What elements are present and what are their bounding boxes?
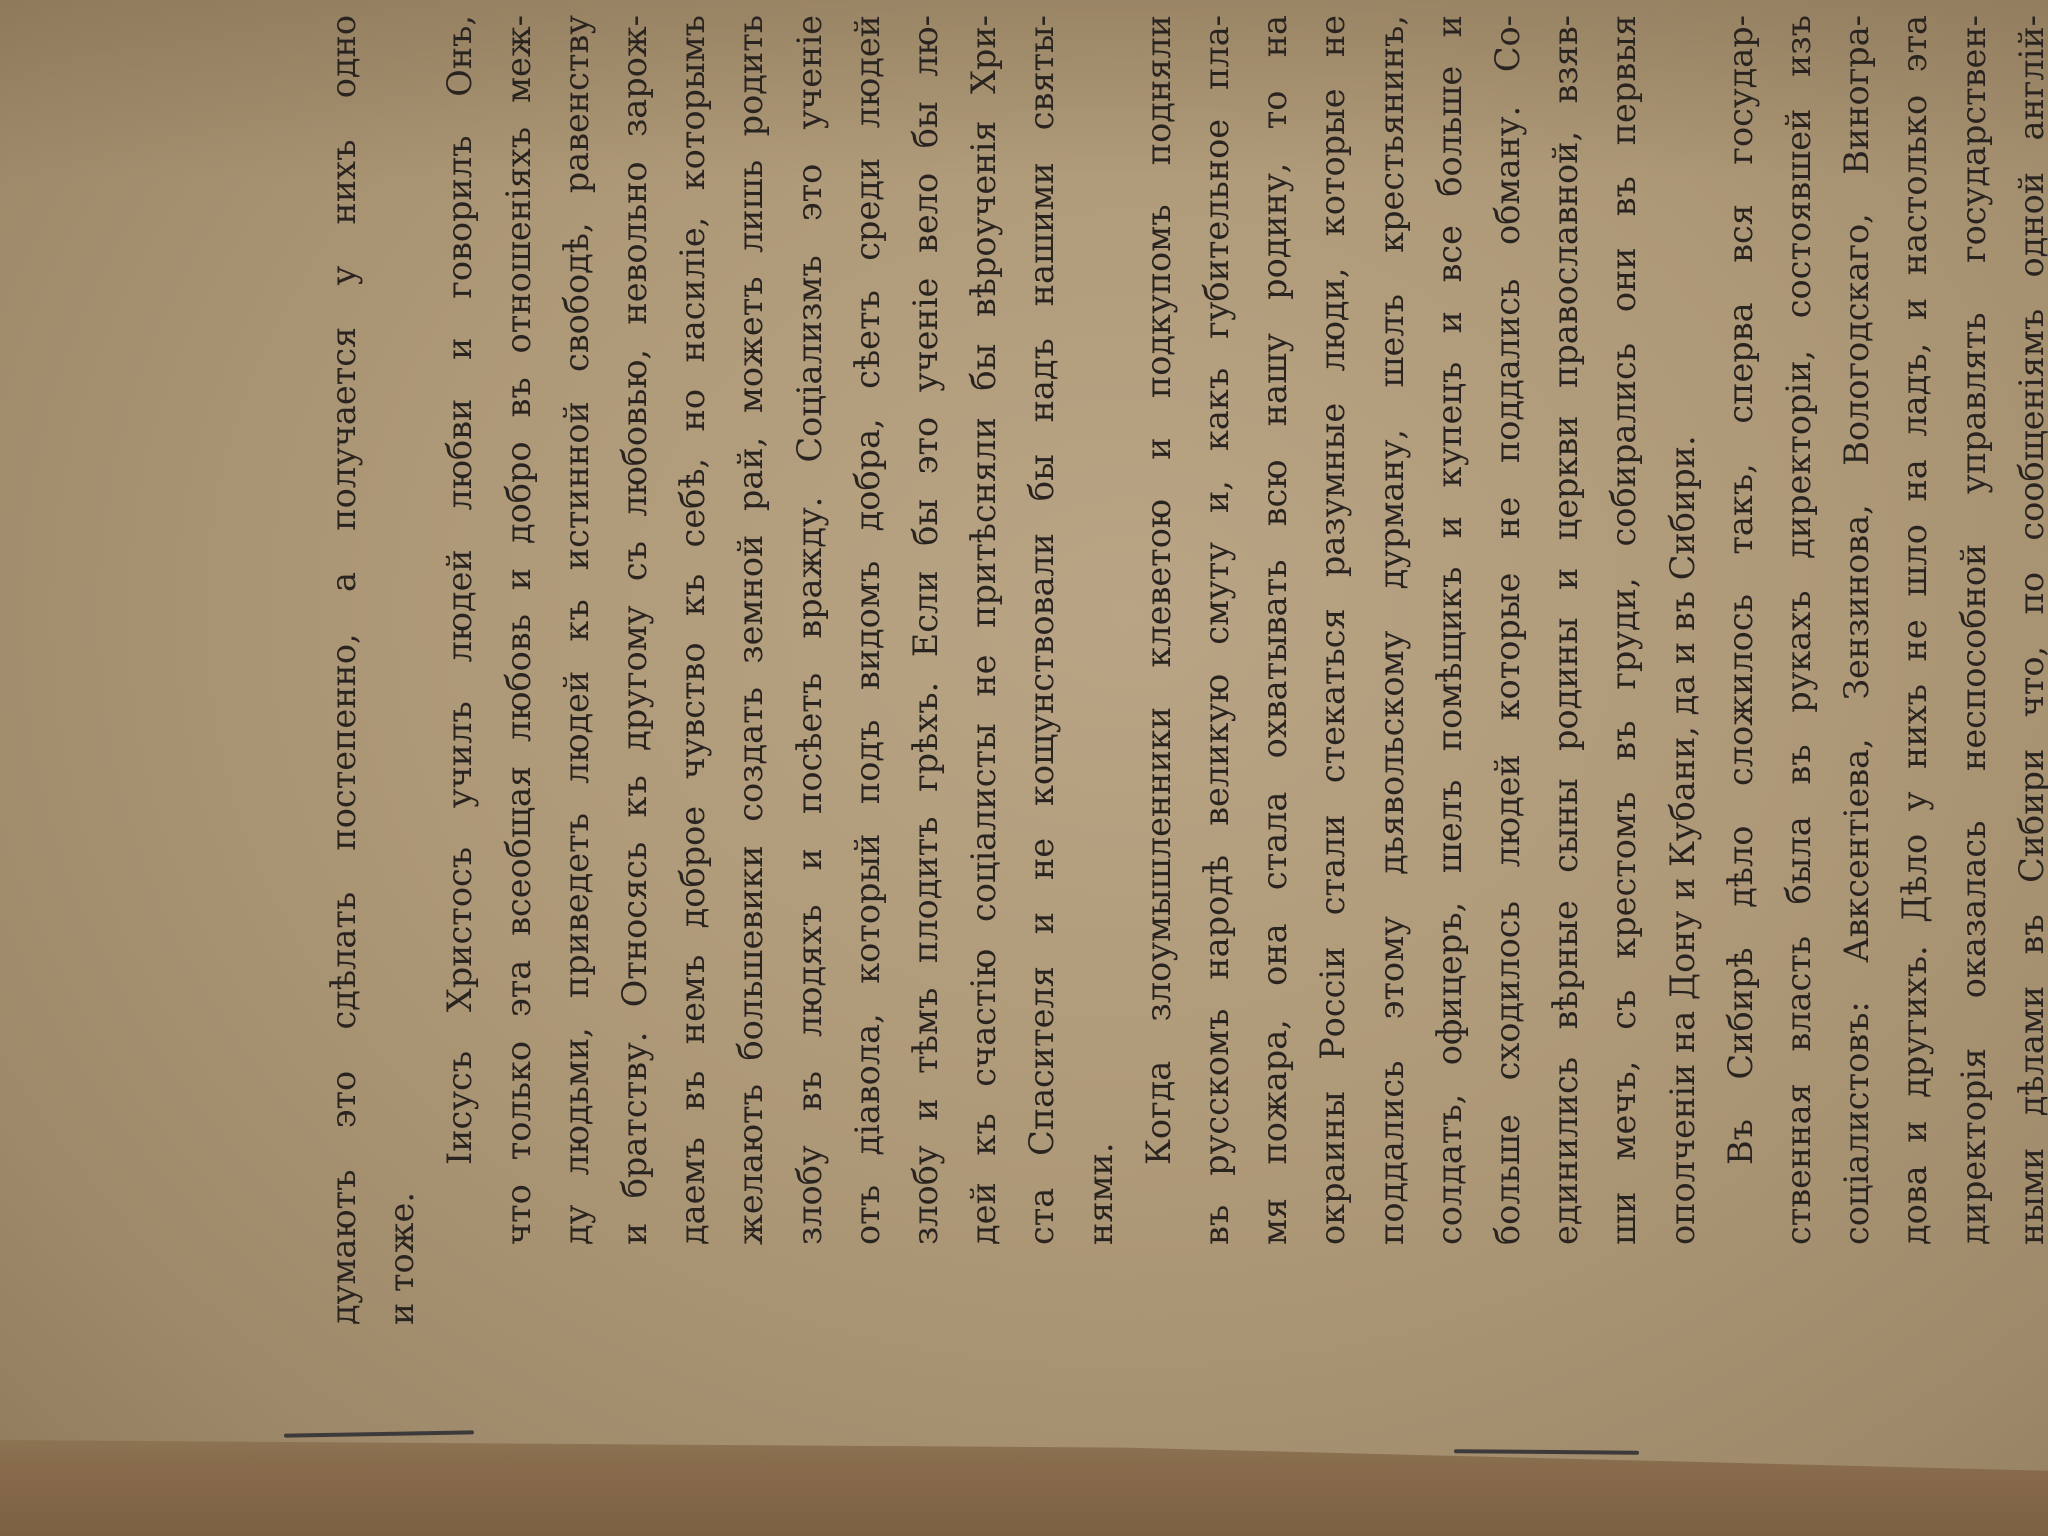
text-line: Въ Сибирѣ дѣло сложилось такъ, сперва вс… xyxy=(1712,15,1770,1325)
text-line: даемъ въ немъ доброе чувство къ себѣ, но… xyxy=(664,15,722,1325)
text-line: что только эта всеобщая любовь и добро в… xyxy=(490,15,548,1325)
text-line: ши мечъ, съ крестомъ въ груди, собиралис… xyxy=(1595,15,1653,1325)
text-line: мя пожара, она стала охватывать всю нашу… xyxy=(1246,15,1304,1325)
paragraph: Когда злоумышленники клеветою и подкупом… xyxy=(1130,15,1712,1325)
text-line: ополченіи на Дону и Кубани, да и въ Сиби… xyxy=(1654,15,1712,1325)
text-line: въ русскомъ народѣ великую смуту и, какъ… xyxy=(1188,15,1246,1325)
text-line: директорія оказалась неспособной управля… xyxy=(1945,15,2003,1325)
text-line: злобу въ людяхъ и посѣетъ вражду. Соціал… xyxy=(781,15,839,1325)
text-line: соціалистовъ: Авксентіева, Зензинова, Во… xyxy=(1828,15,1886,1325)
text-line: ду людьми, приведетъ людей къ истинной с… xyxy=(548,15,606,1325)
text-line: ста Спасителя и не кощунствовали бы надъ… xyxy=(1013,15,1071,1325)
text-line: Когда злоумышленники клеветою и подкупом… xyxy=(1130,15,1188,1325)
rotated-printed-page: думаютъ это сдѣлать постепенно, а получа… xyxy=(315,15,2048,1325)
text-line: нями. xyxy=(1072,15,1130,1325)
text-line: единились вѣрные сыны родины и церкви пр… xyxy=(1537,15,1595,1325)
text-line: злобу и тѣмъ плодитъ грѣхъ. Если бы это … xyxy=(897,15,955,1325)
text-line: окраины Россіи стали стекаться разумные … xyxy=(1304,15,1362,1325)
text-line: солдатъ, офицеръ, шелъ помѣщикъ и купецъ… xyxy=(1421,15,1479,1325)
text-line: ными дѣлами въ Сибири что, по сообщеніям… xyxy=(2003,15,2048,1325)
text-line: и тоже. xyxy=(373,15,431,1325)
text-line: и братству. Относясь къ другому съ любов… xyxy=(606,15,664,1325)
text-line: думаютъ это сдѣлать постепенно, а получа… xyxy=(315,15,373,1325)
text-line: дей къ счастію соціалисты не притѣсняли … xyxy=(955,15,1013,1325)
paragraph: Іисусъ Христосъ училъ людей любви и гово… xyxy=(431,15,1129,1325)
paragraph: думаютъ это сдѣлать постепенно, а получа… xyxy=(315,15,431,1325)
text-line: больше сходилось людей которые не поддал… xyxy=(1479,15,1537,1325)
text-line: поддались этому дьявольскому дурману, ше… xyxy=(1363,15,1421,1325)
text-line: ственная власть была въ рукахъ директорі… xyxy=(1770,15,1828,1325)
text-line: желаютъ большевики создать земной рай, м… xyxy=(722,15,780,1325)
paragraph: Въ Сибирѣ дѣло сложилось такъ, сперва вс… xyxy=(1712,15,2048,1325)
text-line: отъ діавола, который подъ видомъ добра, … xyxy=(839,15,897,1325)
text-line: дова и другихъ. Дѣло у нихъ не шло на ла… xyxy=(1886,15,1944,1325)
text-line: Іисусъ Христосъ училъ людей любви и гово… xyxy=(431,15,489,1325)
